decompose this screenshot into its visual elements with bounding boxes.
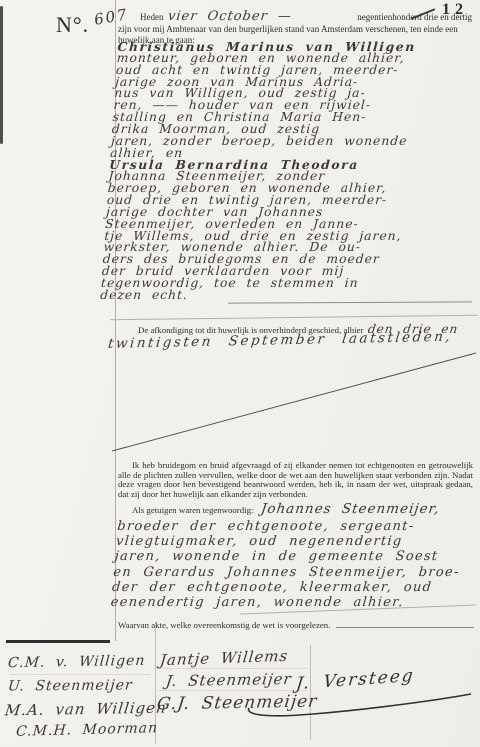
document-page: N°. 607 12 Heden vier October — negentie… [0, 0, 480, 747]
blank-section-strike [110, 350, 478, 454]
handwritten-line: vliegtuigmaker, oud negenendertig [115, 534, 476, 549]
handwritten-line: broeder der echtgenoote, sergeant- [117, 519, 478, 534]
act-number-label: N°. [56, 12, 89, 38]
parties-handwritten-block: Christianus Marinus van Willigen monteur… [100, 41, 476, 302]
trailing-rule [228, 301, 472, 303]
closing-trailing-rule [336, 620, 474, 628]
closing-printed: Waarvan akte, welke overeenkomstig de we… [118, 620, 330, 630]
flourish-stroke [249, 694, 471, 716]
opening-printed-heden: Heden [140, 12, 164, 22]
opening-line-1: Heden vier October — negentienhonderd dr… [118, 9, 472, 24]
signature-groom: C.M. v. Willigen [7, 653, 146, 671]
scan-edge-artifact [0, 6, 3, 144]
declaration-paragraph: Ik heb bruidegom en bruid afgevraagd of … [118, 461, 473, 500]
diagonal-strike-line [112, 353, 476, 451]
witness-handwritten-inline: Johannes Steenmeijer, [252, 501, 441, 517]
opening-printed-year: negentienhonderd drie en dertig [357, 12, 472, 22]
closing-line: Waarvan akte, welke overeenkomstig de we… [118, 620, 474, 630]
handwritten-line: eenendertig jaren, wonende alhier. [110, 595, 471, 610]
signature-guide-line [10, 674, 150, 675]
handwritten-line: en Gerardus Johannes Steenmeijer, broe- [113, 565, 474, 580]
signature-section-rule [6, 640, 110, 643]
signature-groom-mother: C.M.H. Moorman [15, 720, 158, 740]
witnesses-label: Als getuigen waren tegenwoordig: [118, 505, 253, 515]
handwritten-line: der der echtgenoote, kleermaker, oud [111, 580, 472, 595]
signature-bride-mother: Jantje Willems [159, 647, 289, 670]
handwritten-date: vier October — [162, 9, 358, 24]
witnesses-handwritten-block: broeder der echtgenoote, sergeant- vlieg… [110, 519, 478, 610]
opening-line-2: zijn voor mij Ambtenaar van den burgerli… [118, 24, 472, 35]
signature-bride: U. Steenmeijer [7, 677, 133, 694]
witnesses-line: Als getuigen waren tegenwoordig: Johanne… [118, 501, 476, 517]
handwritten-line: dezen echt. [100, 290, 459, 302]
handwritten-line: jaren, wonende in de gemeente Soest [114, 549, 475, 564]
signature-groom-father: M.A. van Willigen [4, 699, 168, 720]
registrar-signature-flourish [243, 688, 475, 720]
section-separator-rule [110, 315, 478, 320]
